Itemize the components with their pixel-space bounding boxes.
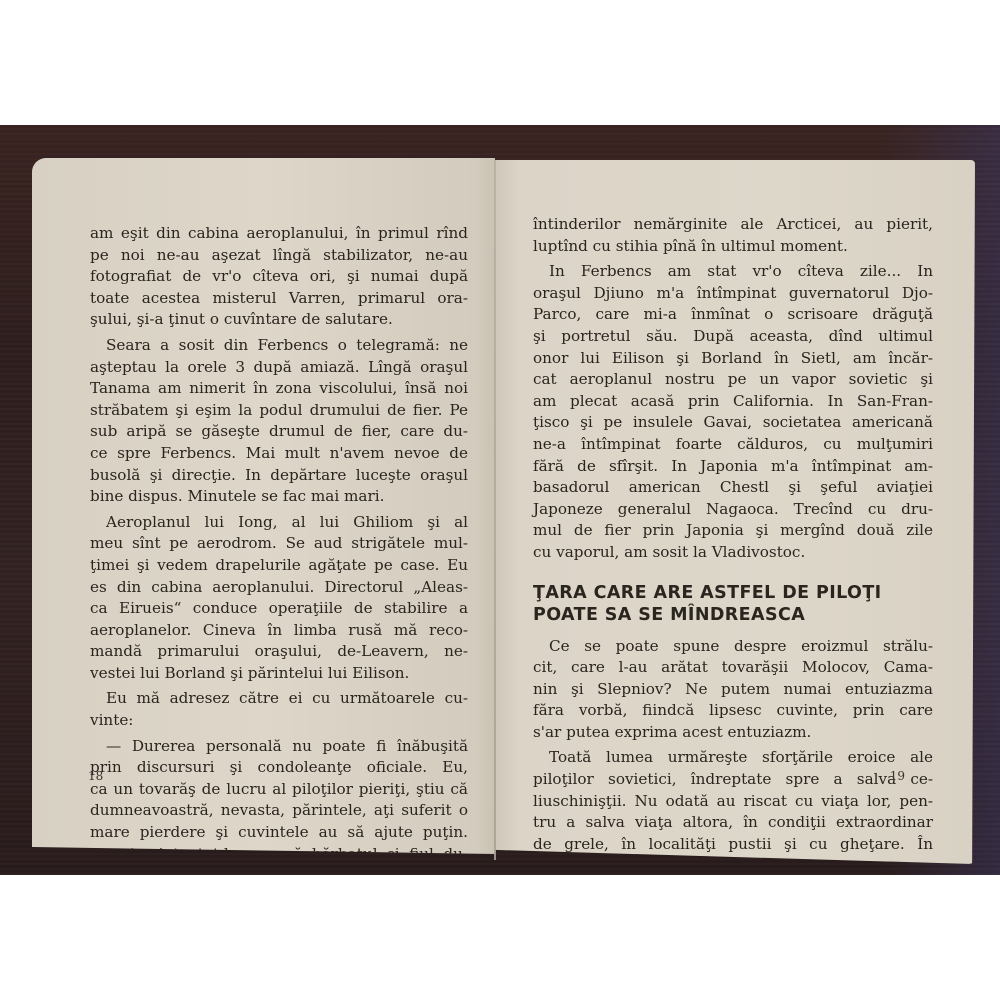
text-line: aeroplanelor. Cineva în limba rusă mă re… (90, 620, 468, 642)
page-number-right: 19 (890, 766, 905, 788)
left-page: am eşit din cabina aeroplanului, în prim… (32, 158, 495, 854)
text-line: mare pierdere şi cuvintele au să ajute p… (90, 822, 468, 844)
text-line: mul de fier prin Japonia şi mergînd două… (533, 520, 933, 542)
text-line: Ce se poate spune despre eroizmul strălu… (533, 636, 933, 658)
text-line: es din cabina aeroplanului. Directorul „… (90, 577, 468, 599)
chapter-heading: ŢARA CARE ARE ASTFEL DE PILOŢI POATE SA … (533, 582, 933, 626)
text-line: vestei lui Borland şi părintelui lui Eil… (90, 663, 468, 685)
text-line: dumneavoastră, nevasta, părintele, aţi s… (90, 800, 468, 822)
text-line: — Durerea personală nu poate fi înăbuşit… (90, 736, 468, 758)
text-line: de grele, în localităţi pustii şi cu ghe… (533, 834, 933, 856)
text-line: ce spre Ferbencs. Mai mult n'avem nevoe … (90, 443, 468, 465)
text-line: fără de sfîrşit. In Japonia m'a întîmpin… (533, 456, 933, 478)
text-line: cu vaporul, am sosit la Vladivostoc. (533, 542, 933, 564)
page-number-left: 18 (88, 766, 103, 788)
book-spine (494, 160, 496, 860)
text-line: In Ferbencs am stat vr'o cîteva zile... … (533, 261, 933, 283)
text-line: Tanama am nimerit în zona viscolului, în… (90, 378, 468, 400)
text-line: fotografiat de vr'o cîteva ori, şi numai… (90, 266, 468, 288)
right-page-body-bottom: Ce se poate spune despre eroizmul strălu… (533, 636, 933, 856)
text-line: Eu mă adresez către ei cu următoarele cu… (90, 688, 468, 710)
text-line: cat aeroplanul nostru pe un vapor soviet… (533, 369, 933, 391)
text-line: liuschinişţii. Nu odată au riscat cu via… (533, 791, 933, 813)
chapter-heading-line-1: ŢARA CARE ARE ASTFEL DE PILOŢI (533, 582, 933, 604)
text-line: întinderilor nemărginite ale Arcticei, a… (533, 214, 933, 236)
text-line: am plecat acasă prin California. In San-… (533, 391, 933, 413)
text-line: vinte: (90, 710, 468, 732)
text-line: oraşul Djiuno m'a întîmpinat guvernatoru… (533, 283, 933, 305)
text-line: cit, care l-au arătat tovarăşii Molocov,… (533, 657, 933, 679)
text-line: aşteptau la orele 3 după amiază. Lîngă o… (90, 357, 468, 379)
right-page-text: întinderilor nemărginite ale Arcticei, a… (533, 214, 933, 855)
text-line: ţisco şi pe insulele Gavai, societatea a… (533, 412, 933, 434)
text-line: luptînd cu stihia pînă în ultimul moment… (533, 236, 933, 258)
text-line: ne-a întîmpinat foarte călduros, cu mulţ… (533, 434, 933, 456)
text-line: pe noi ne-au aşezat lîngă stabilizator, … (90, 245, 468, 267)
text-line: ţimei şi vedem drapelurile agăţate pe ca… (90, 555, 468, 577)
text-line: Japoneze generalul Nagaoca. Trecînd cu d… (533, 499, 933, 521)
text-line: prin discursuri şi condoleanţe oficiale.… (90, 757, 468, 779)
text-line: bine dispus. Minutele se fac mai mari. (90, 486, 468, 508)
text-line: onor lui Eilison şi Borland în Sietl, am… (533, 348, 933, 370)
right-page-body-top: întinderilor nemărginite ale Arcticei, a… (533, 214, 933, 564)
text-line: şului, şi-a ţinut o cuvîntare de salutar… (90, 309, 468, 331)
text-line: şi portretul său. După aceasta, dînd ult… (533, 326, 933, 348)
text-line: Seara a sosit din Ferbencs o telegramă: … (90, 335, 468, 357)
text-line: ca Eirueis“ conduce operaţiile de stabil… (90, 598, 468, 620)
text-line: tru a salva viaţa altora, în condiţii ex… (533, 812, 933, 834)
text-line: Toată lumea urmăreşte sforţările eroice … (533, 747, 933, 769)
text-line: nin şi Slepniov? Ne putem numai entuziaz… (533, 679, 933, 701)
text-line: meu sînt pe aerodrom. Se aud strigătele … (90, 533, 468, 555)
text-line: am eşit din cabina aeroplanului, în prim… (90, 223, 468, 245)
left-page-text: am eşit din cabina aeroplanului, în prim… (90, 223, 468, 887)
chapter-heading-line-2: POATE SA SE MÎNDREASCA (533, 604, 933, 626)
text-line: ca un tovarăş de lucru al piloţilor pier… (90, 779, 468, 801)
text-line: sub aripă se găseşte drumul de fier, car… (90, 421, 468, 443)
text-line: piloţilor sovietici, îndreptate spre a s… (533, 769, 933, 791)
text-line: făra vorbă, fiindcă lipsesc cuvinte, pri… (533, 700, 933, 722)
text-line: busolă şi direcţie. In depărtare luceşte… (90, 465, 468, 487)
text-line: s'ar putea exprima acest entuziazm. (533, 722, 933, 744)
text-line: mandă primarului oraşului, de-Leavern, n… (90, 641, 468, 663)
text-line: străbatem şi eşim la podul drumului de f… (90, 400, 468, 422)
text-line: basadorul american Chestl şi şeful aviaţ… (533, 477, 933, 499)
right-page: întinderilor nemărginite ale Arcticei, a… (495, 160, 975, 864)
text-line: Aeroplanul lui Iong, al lui Ghiliom şi a… (90, 512, 468, 534)
text-line: Parco, care mi-a înmînat o scrisoare dră… (533, 304, 933, 326)
text-line: toate acestea misterul Varren, primarul … (90, 288, 468, 310)
